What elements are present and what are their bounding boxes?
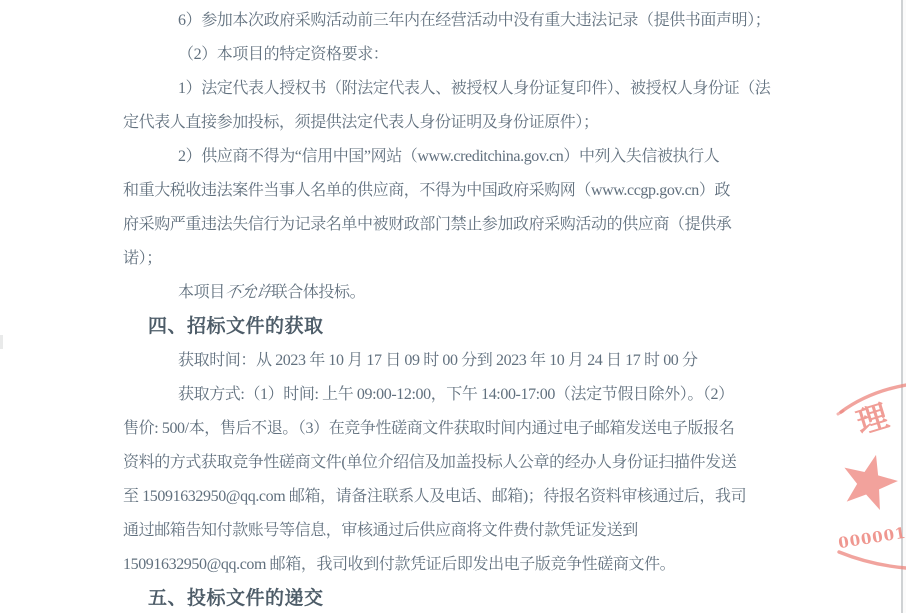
text-line: 定代表人直接参加投标，须提供法定代表人身份证明及身份证原件）； [123,112,599,134]
company-seal-stamp: 理 0000017 [826,372,906,582]
stamp-arc-bottom [839,552,906,568]
text-line: 通过邮箱告知付款账号等信息，审核通过后供应商将文件费付款凭证发送到 [123,520,638,542]
text-line: 售价: 500/本，售后不退。（3）在竞争性磋商文件获取时间内通过电子邮箱发送电… [123,418,734,440]
text-line: 资料的方式获取竞争性磋商文件(单位介绍信及加盖投标人公章的经办人身份证扫描件发送 [123,452,736,474]
text-line: 和重大税收违法案件当事人名单的供应商，不得为中国政府采购网（www.ccgp.g… [123,180,730,202]
text-line: 2）供应商不得为“信用中国”网站（www.creditchina.gov.cn）… [178,146,719,168]
stamp-arc-top-tick [838,411,843,414]
text-line: 本项目不允许联合体投标。 [178,282,365,304]
text-line: 1）法定代表人授权书（附法定代表人、被授权人身份证复印件）、被授权人身份证（法 [178,78,770,100]
section-heading: 四、招标文件的获取 [148,316,324,338]
text-line: 至 15091632950@qq.com 邮箱，请备注联系人及电话、邮箱)；待报… [123,486,746,508]
text-line: （2）本项目的特定资格要求： [178,44,388,66]
text-line: 获取方式:（1）时间: 上午 09:00-12:00，下午 14:00-17:0… [178,384,734,406]
text-line: 诺）； [123,248,162,270]
document-page: 6）参加本次政府采购活动前三年内在经营活动中没有重大违法记录（提供书面声明）；（… [0,0,906,613]
text-line: 6）参加本次政府采购活动前三年内在经营活动中没有重大违法记录（提供书面声明）； [178,10,770,32]
text-line: 获取时间：从 2023 年 10 月 17 日 09 时 00 分到 2023 … [178,350,698,372]
star-icon [837,448,903,512]
section-heading: 五、投标文件的递交 [148,588,324,610]
text-line: 15091632950@qq.com 邮箱，我司收到付款凭证后即发出电子版竞争性… [123,554,675,576]
scan-artifact [0,335,3,349]
text-line: 府采购严重违法失信行为记录名单中被财政部门禁止参加政府采购活动的供应商（提供承 [123,214,731,236]
